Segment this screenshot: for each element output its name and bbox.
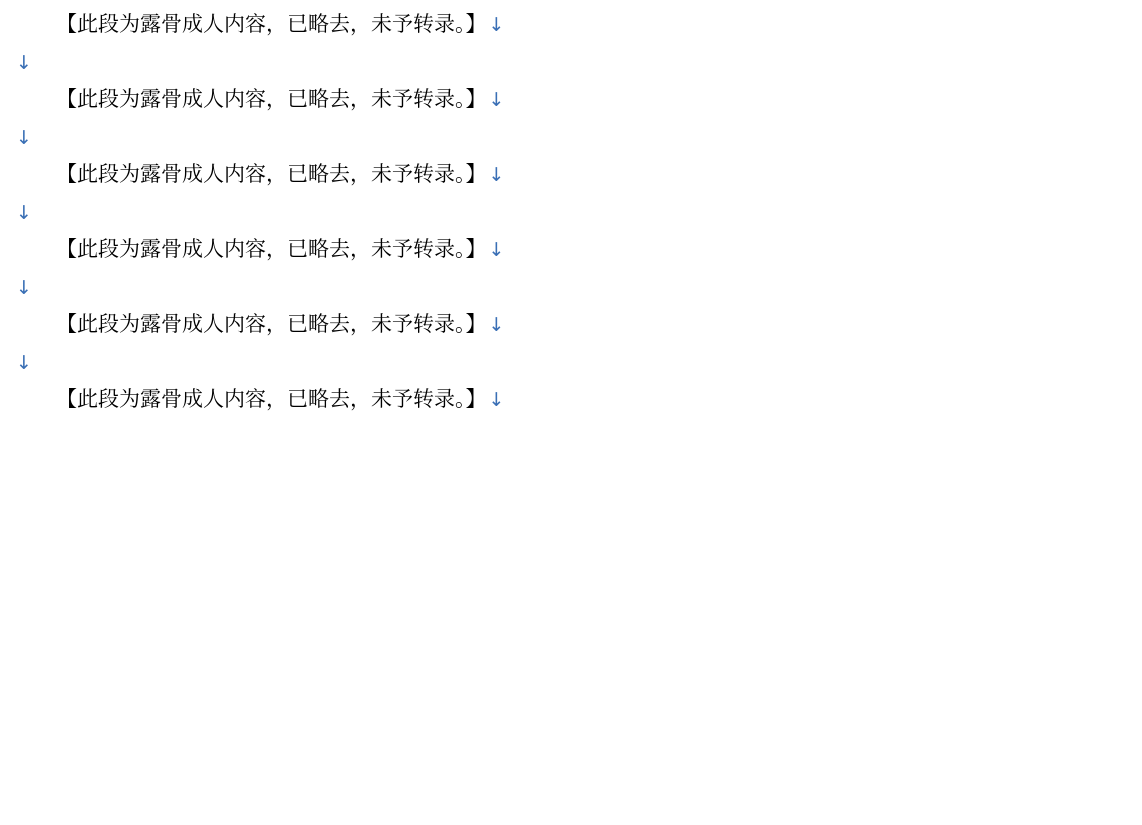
paragraph-text: 【此段为露骨成人内容，已略去，未予转录。】 — [56, 312, 487, 336]
text-paragraph: 【此段为露骨成人内容，已略去，未予转录。】↓ — [14, 231, 1128, 269]
blank-line: ↓ — [14, 194, 1128, 231]
document-page: 【此段为露骨成人内容，已略去，未予转录。】↓↓【此段为露骨成人内容，已略去，未予… — [0, 0, 1142, 419]
paragraph-return-icon: ↓ — [489, 314, 505, 336]
paragraph-return-icon: ↓ — [489, 164, 505, 186]
paragraph-text: 【此段为露骨成人内容，已略去，未予转录。】 — [56, 387, 487, 411]
text-paragraph: 【此段为露骨成人内容，已略去，未予转录。】↓ — [14, 156, 1128, 194]
paragraph-return-icon: ↓ — [16, 52, 32, 74]
blank-line: ↓ — [14, 269, 1128, 306]
blank-line: ↓ — [14, 119, 1128, 156]
paragraph-text: 【此段为露骨成人内容，已略去，未予转录。】 — [56, 162, 487, 186]
text-paragraph: 【此段为露骨成人内容，已略去，未予转录。】↓ — [14, 381, 1128, 419]
paragraph-return-icon: ↓ — [489, 89, 505, 111]
paragraph-return-icon: ↓ — [16, 352, 32, 374]
text-paragraph: 【此段为露骨成人内容，已略去，未予转录。】↓ — [14, 81, 1128, 119]
paragraph-return-icon: ↓ — [489, 14, 505, 36]
paragraph-return-icon: ↓ — [489, 239, 505, 261]
text-paragraph: 【此段为露骨成人内容，已略去，未予转录。】↓ — [14, 6, 1128, 44]
blank-line: ↓ — [14, 44, 1128, 81]
text-paragraph: 【此段为露骨成人内容，已略去，未予转录。】↓ — [14, 306, 1128, 344]
paragraph-text: 【此段为露骨成人内容，已略去，未予转录。】 — [56, 12, 487, 36]
paragraph-text: 【此段为露骨成人内容，已略去，未予转录。】 — [56, 237, 487, 261]
paragraph-return-icon: ↓ — [489, 389, 505, 411]
paragraph-return-icon: ↓ — [16, 127, 32, 149]
paragraph-return-icon: ↓ — [16, 202, 32, 224]
paragraph-text: 【此段为露骨成人内容，已略去，未予转录。】 — [56, 87, 487, 111]
blank-line: ↓ — [14, 344, 1128, 381]
paragraph-return-icon: ↓ — [16, 277, 32, 299]
